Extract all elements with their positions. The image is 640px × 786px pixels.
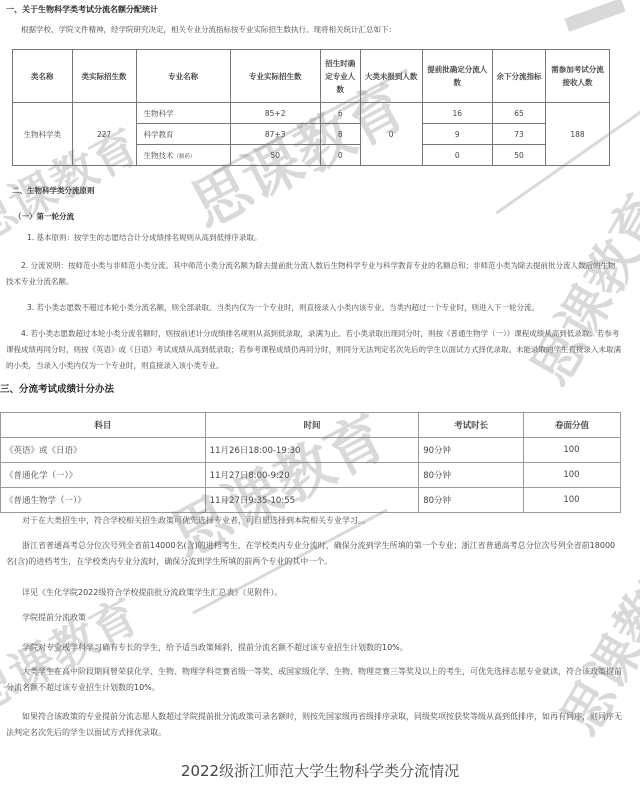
policy-p7: 如果符合该政策的专业提前分流志愿人数超过学院提前批分流政策可录名额时，则按先国家… bbox=[6, 709, 622, 741]
document-page: 一、关于生物科学类考试分流名额分配统计 根据学校、学院文件精神，经学院研究决定，… bbox=[0, 0, 640, 786]
table-row: 生物科学类 227 生物科学 85+2 6 0 16 65 188 bbox=[13, 103, 610, 124]
major-actual: 50 bbox=[230, 145, 320, 166]
exam-time: 11月26日18:00-19:30 bbox=[205, 438, 418, 463]
exam-score: 100 bbox=[523, 438, 620, 463]
header-time: 时间 bbox=[205, 413, 418, 438]
exam-score: 100 bbox=[523, 488, 620, 513]
header-remaining: 余下分流指标 bbox=[492, 50, 545, 103]
policy-p1: 对于在大类招生中，符合学校相关招生政策可优先选择专业者，可自愿选择到本院相关专业… bbox=[6, 513, 626, 529]
header-category: 类名称 bbox=[13, 50, 73, 103]
major-remaining: 73 bbox=[492, 124, 545, 145]
policy-p4-title: 学院提前分流政策 bbox=[6, 610, 626, 626]
major-note: （制药） bbox=[174, 154, 196, 160]
policy-p6: 大类学生在高中阶段期间曾荣获化学、生物、物理学科竞赛省级一等奖、或国家级化学、生… bbox=[6, 664, 622, 696]
section1-title: 一、关于生物科学类考试分流名额分配统计 bbox=[6, 4, 158, 15]
header-major: 专业名称 bbox=[136, 50, 230, 103]
table-row: 《普通化学（一）》 11月27日8:00-9:20 80分钟 100 bbox=[1, 463, 621, 488]
section2-title: 二、生物科学类分流原则 bbox=[12, 185, 95, 196]
header-major-enrollment: 专业实际招生数 bbox=[230, 50, 320, 103]
quota-table: 类名称 类实际招生数 专业名称 专业实际招生数 招生时确定专业人数 大类未报到人… bbox=[12, 49, 610, 166]
header-early: 提前批确定分流人数 bbox=[422, 50, 492, 103]
section3-title: 三、分流考试成绩计分办法 bbox=[0, 381, 114, 395]
exam-duration: 90分钟 bbox=[419, 438, 524, 463]
rule-3: 3. 若小类志愿数不超过本轮小类分流名额，则全部录取。当类内仅为一个专业时，则直… bbox=[12, 300, 622, 316]
policy-p5: 学院对专业或学科学习确有专长的学生，给予适当政策倾斜，提前分流名额不超过该专业招… bbox=[6, 640, 626, 656]
table-row: 《英语》或《日语》 11月26日18:00-19:30 90分钟 100 bbox=[1, 438, 621, 463]
exam-table: 科目 时间 考试时长 卷面分值 《英语》或《日语》 11月26日18:00-19… bbox=[0, 412, 621, 513]
header-exam-receive: 需参加考试分流接收人数 bbox=[546, 50, 610, 103]
exam-receive-total: 188 bbox=[546, 103, 610, 166]
policy-p2: 浙江省普通高考总分位次号列全省前14000名(含)的进档考生，在学校类内专业分流… bbox=[6, 538, 622, 570]
header-score: 卷面分值 bbox=[523, 413, 620, 438]
major-name: 生物科学 bbox=[136, 103, 230, 124]
major-determined: 6 bbox=[320, 103, 360, 124]
major-name: 生物技术（制药） bbox=[136, 145, 230, 166]
exam-duration: 80分钟 bbox=[419, 463, 524, 488]
major-early: 16 bbox=[422, 103, 492, 124]
rule-1: 1. 基本原则：按学生的志愿结合计分成绩排名规则从高到低排序录取。 bbox=[12, 230, 622, 246]
quota-table-header: 类名称 类实际招生数 专业名称 专业实际招生数 招生时确定专业人数 大类未报到人… bbox=[13, 50, 610, 103]
category-enrollment: 227 bbox=[72, 103, 136, 166]
image-caption: 2022级浙江师范大学生物科学类分流情况 bbox=[0, 760, 640, 781]
major-determined: 8 bbox=[320, 124, 360, 145]
major-actual: 85+2 bbox=[230, 103, 320, 124]
major-remaining: 50 bbox=[492, 145, 545, 166]
header-subject: 科目 bbox=[1, 413, 206, 438]
exam-time: 11月27日9:35-10:55 bbox=[205, 488, 418, 513]
exam-table-header: 科目 时间 考试时长 卷面分值 bbox=[1, 413, 621, 438]
major-early: 9 bbox=[422, 124, 492, 145]
header-category-enrollment: 类实际招生数 bbox=[72, 50, 136, 103]
rule-2: 2. 分流说明：按师范小类与非师范小类分流。其中师范小类分流名额为除去提前批分流… bbox=[6, 258, 622, 290]
exam-subject: 《普通化学（一）》 bbox=[1, 463, 206, 488]
major-remaining: 65 bbox=[492, 103, 545, 124]
category-name: 生物科学类 bbox=[13, 103, 73, 166]
policy-p3: 详见《生化学院2022级符合学校提前批分流政策学生汇总表》（见附件）。 bbox=[6, 585, 626, 601]
exam-duration: 80分钟 bbox=[419, 488, 524, 513]
section1-intro: 根据学校、学院文件精神，经学院研究决定，相关专业分流指标按专业实际招生数执行。现… bbox=[6, 22, 626, 38]
exam-score: 100 bbox=[523, 463, 620, 488]
major-name: 科学教育 bbox=[136, 124, 230, 145]
major-determined: 0 bbox=[320, 145, 360, 166]
header-determined: 招生时确定专业人数 bbox=[320, 50, 360, 103]
table-row: 《普通生物学（一）》 11月27日9:35-10:55 80分钟 100 bbox=[1, 488, 621, 513]
exam-subject: 《普通生物学（一）》 bbox=[1, 488, 206, 513]
exam-subject: 《英语》或《日语》 bbox=[1, 438, 206, 463]
rule-4: 4. 若小类志愿数超过本轮小类分流名额时，则按前述计分成绩排名规则从高到低录取，… bbox=[6, 326, 622, 374]
section2-subtitle: （一）第一轮分流 bbox=[14, 211, 74, 222]
major-early: 0 bbox=[422, 145, 492, 166]
exam-time: 11月27日8:00-9:20 bbox=[205, 463, 418, 488]
major-actual: 87+3 bbox=[230, 124, 320, 145]
header-not-reported: 大类未报到人数 bbox=[360, 50, 422, 103]
header-duration: 考试时长 bbox=[419, 413, 524, 438]
not-reported: 0 bbox=[360, 103, 422, 166]
